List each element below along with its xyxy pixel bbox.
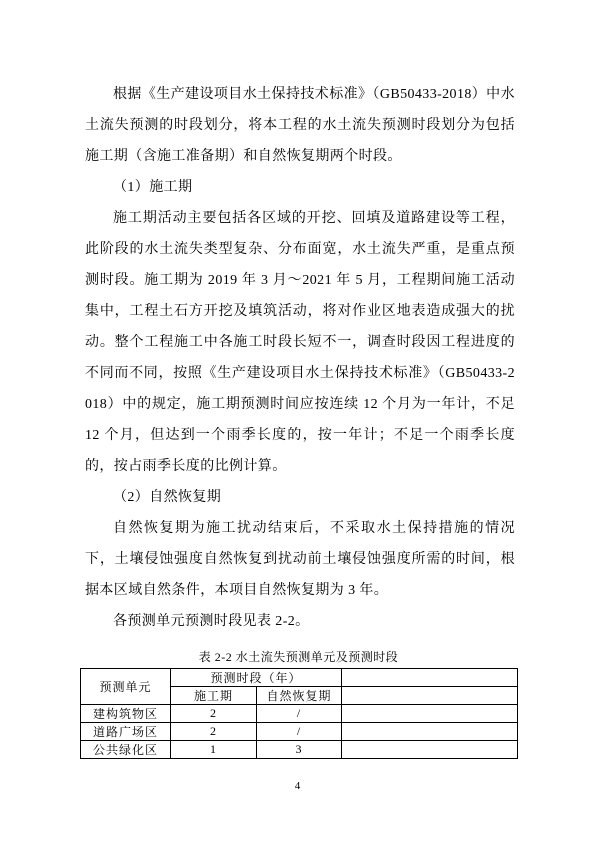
paragraph-table-reference: 各预测单元预测时段见表 2-2。: [85, 606, 515, 637]
table-header-recovery: 自然恢复期: [257, 687, 342, 705]
table-header-extra-cell-1: [342, 669, 518, 687]
table-row: 道路广场区 2 /: [81, 723, 518, 741]
paragraph-heading-natural-recovery: （2）自然恢复期: [85, 482, 515, 513]
table-cell-extra: [342, 741, 518, 759]
table-cell-recovery: 3: [257, 741, 342, 759]
table-cell-construction: 1: [171, 741, 257, 759]
paragraph-natural-recovery: 自然恢复期为施工扰动结束后，不采取水土保持措施的情况下，土壤侵蚀强度自然恢复到扰…: [85, 513, 515, 606]
table-cell-recovery: /: [257, 723, 342, 741]
paragraph-intro: 根据《生产建设项目水土保持技术标准》（GB50433-2018）中水土流失预测的…: [85, 79, 515, 172]
table-caption: 表 2-2 水土流失预测单元及预测时段: [80, 648, 517, 666]
table-row: 公共绿化区 1 3: [81, 741, 518, 759]
table-header-row-1: 预测单元 预测时段（年）: [81, 669, 518, 687]
paragraph-heading-construction-period: （1）施工期: [85, 172, 515, 203]
table-cell-recovery: /: [257, 705, 342, 723]
page-number: 4: [0, 780, 595, 792]
table-header-extra-cell-2: [342, 687, 518, 705]
table-cell-unit: 建构筑物区: [81, 705, 171, 723]
table-cell-unit: 道路广场区: [81, 723, 171, 741]
table-header-construction: 施工期: [171, 687, 257, 705]
table-cell-construction: 2: [171, 723, 257, 741]
table-cell-extra: [342, 723, 518, 741]
table-cell-extra: [342, 705, 518, 723]
prediction-table: 预测单元 预测时段（年） 施工期 自然恢复期 建构筑物区 2 / 道路广场区: [80, 668, 518, 759]
document-page: 根据《生产建设项目水土保持技术标准》（GB50433-2018）中水土流失预测的…: [0, 0, 595, 842]
document-body: 根据《生产建设项目水土保持技术标准》（GB50433-2018）中水土流失预测的…: [85, 79, 515, 759]
paragraph-construction-period: 施工期活动主要包括各区域的开挖、回填及道路建设等工程，此阶段的水土流失类型复杂、…: [85, 203, 515, 482]
table-header-unit: 预测单元: [81, 669, 171, 705]
table-cell-construction: 2: [171, 705, 257, 723]
table-header-period-group: 预测时段（年）: [171, 669, 342, 687]
table-row: 建构筑物区 2 /: [81, 705, 518, 723]
table-cell-unit: 公共绿化区: [81, 741, 171, 759]
